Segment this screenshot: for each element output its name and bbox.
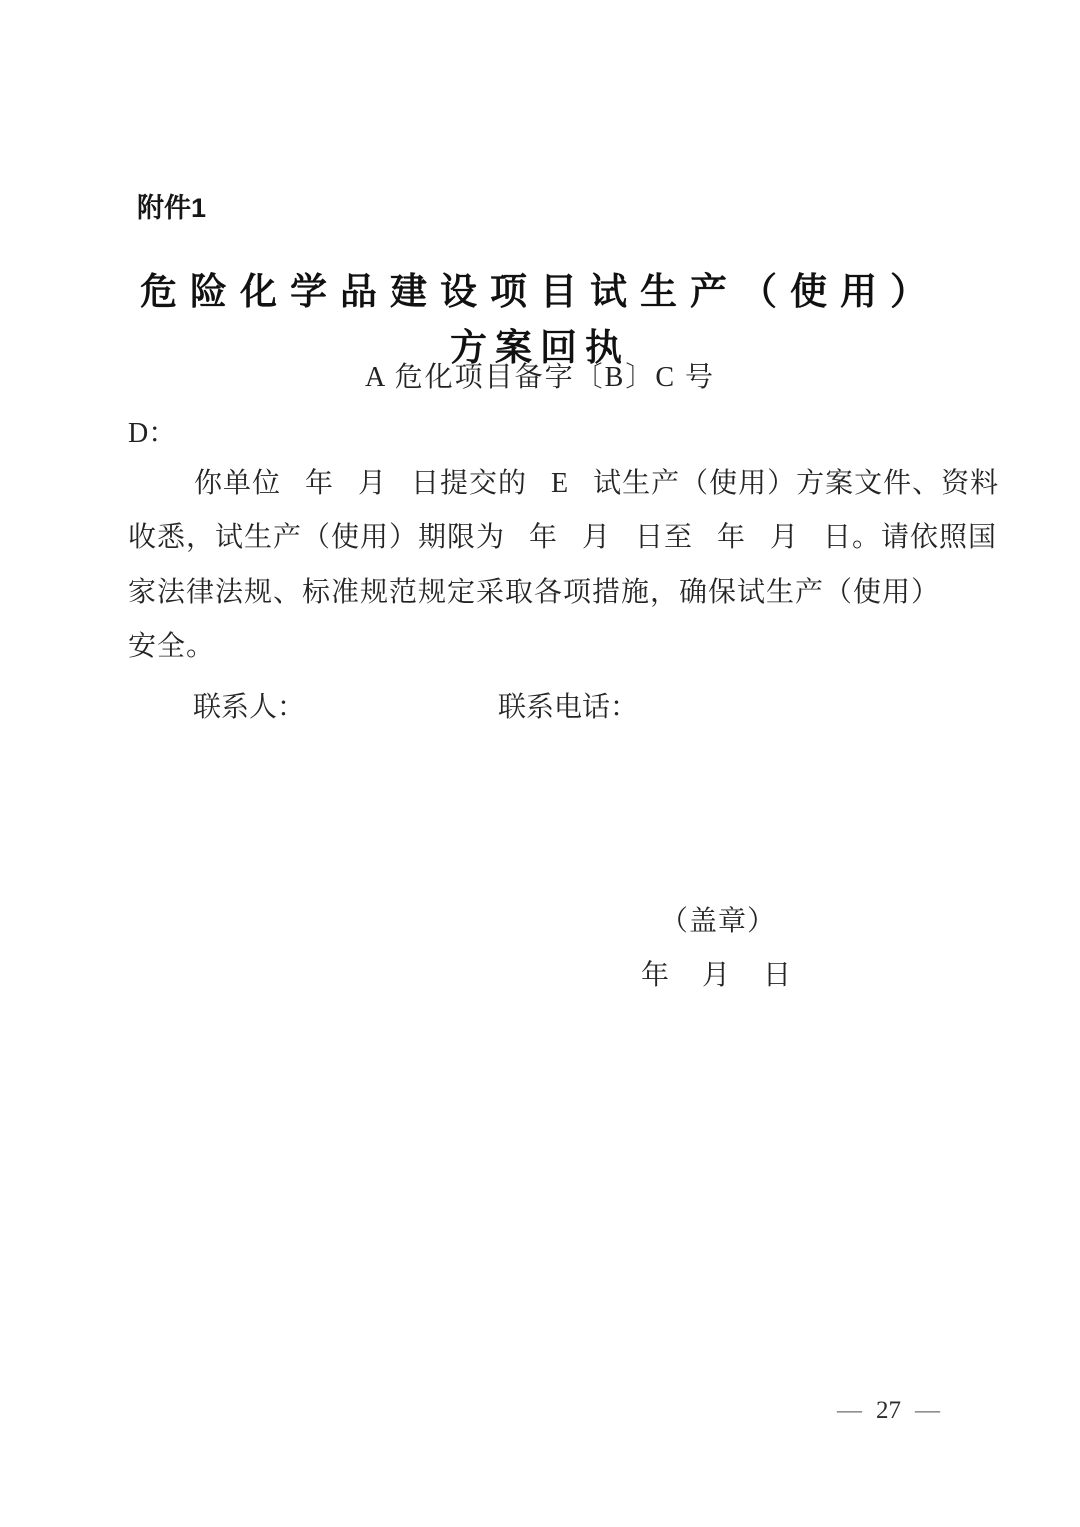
contact-phone-label: 联系电话：	[498, 691, 638, 725]
page-number-dash-left: —	[837, 1397, 862, 1424]
seal-placeholder: （盖章）	[660, 905, 776, 939]
body-line: 安全。	[128, 630, 958, 664]
salutation: D：	[128, 417, 176, 451]
body-line: 家法律法规、标准规范规定采取各项措施，确保试生产（使用）	[128, 576, 958, 610]
document-title-line1: 危险化学品建设项目试生产（使用）	[0, 271, 1080, 314]
attachment-label: 附件1	[137, 194, 206, 224]
page-number-value: 27	[862, 1397, 915, 1424]
document-page: 附件1 危险化学品建设项目试生产（使用） 方案回执 A 危化项目备字〔B〕C 号…	[0, 0, 1080, 1527]
document-reference-number: A 危化项目备字〔B〕C 号	[0, 361, 1080, 395]
date-placeholder: 年 月 日	[641, 959, 791, 993]
page-number: —27—	[812, 1366, 940, 1456]
page-number-dash-right: —	[915, 1397, 940, 1424]
contact-person-label: 联系人：	[193, 691, 305, 725]
body-line: 你单位 年 月 日提交的 E 试生产（使用）方案文件、资料	[128, 467, 1024, 501]
body-line: 收悉，试生产（使用）期限为 年 月 日至 年 月 日。请依照国	[128, 521, 958, 555]
